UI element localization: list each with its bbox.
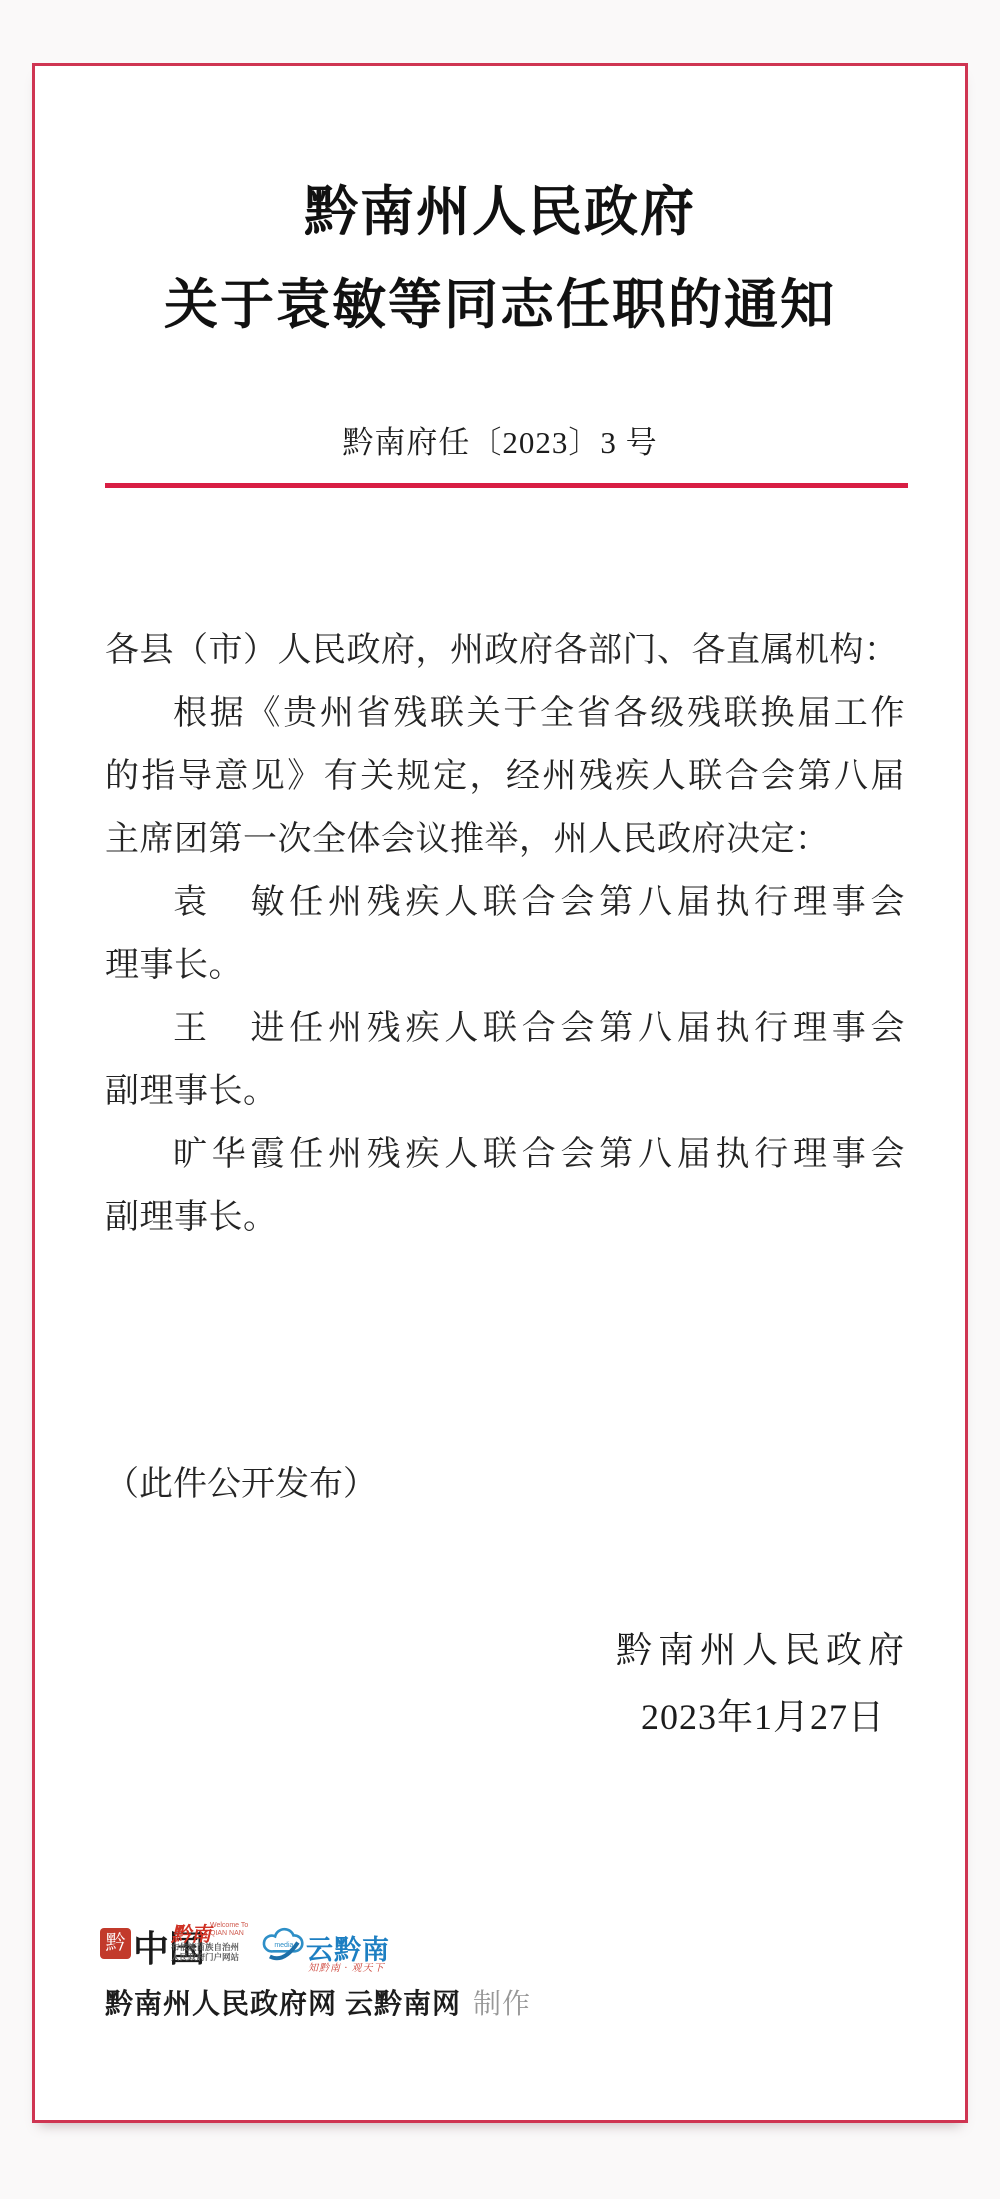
red-separator-rule xyxy=(105,483,908,488)
body-line: 理事长。 xyxy=(105,934,905,997)
document-title: 黔南州人民政府 关于袁敏等同志任职的通知 xyxy=(32,166,968,352)
logo-welcome-text: Welcome To QIAN NAN xyxy=(210,1922,248,1938)
body-line: 副理事长。 xyxy=(105,1060,905,1123)
body-line: 根据《贵州省残联关于全省各级残联换届工作 xyxy=(105,682,905,745)
seal-character: 黔 xyxy=(106,1932,126,1954)
document-number: 黔南府任〔2023〕3 号 xyxy=(32,423,968,463)
title-line-2: 关于袁敏等同志任职的通知 xyxy=(32,259,968,352)
body-line: 主席团第一次全体会议推举，州人民政府决定： xyxy=(105,808,905,871)
body-line: 旷华霞任州残疾人联合会第八届执行理事会 xyxy=(105,1123,905,1186)
issue-date: 2023年1月27日 xyxy=(608,1684,918,1751)
body-line: 副理事长。 xyxy=(105,1186,905,1249)
cloud-media-label: media xyxy=(274,1942,293,1949)
body-line: 袁 敏任州残疾人联合会第八届执行理事会 xyxy=(105,871,905,934)
china-red-seal-icon: 黔 xyxy=(100,1928,131,1959)
title-line-1: 黔南州人民政府 xyxy=(32,166,968,259)
signature-block: 黔南州人民政府 2023年1月27日 xyxy=(608,1617,918,1751)
cloud-media-icon: media xyxy=(262,1925,304,1967)
document-body: 各县（市）人民政府，州政府各部门、各直属机构： 根据《贵州省残联关于全省各级残联… xyxy=(105,619,905,1249)
public-release-note: （此件公开发布） xyxy=(105,1453,905,1516)
logo-portal-subtext: 布依族苗族自治州 人民政府门户网站 xyxy=(171,1942,239,1962)
credit-suffix: 制作 xyxy=(473,1989,531,2020)
issuer-signature: 黔南州人民政府 xyxy=(608,1617,918,1684)
qiannan-gov-portal-logo: 黔 中国 黔南 Welcome To QIAN NAN 布依族苗族自治州 人民政… xyxy=(100,1920,265,1980)
body-line: 的指导意见》有关规定，经州残疾人联合会第八届 xyxy=(105,745,905,808)
yun-qiannan-logo: media 云黔南 知黔南 · 观天下 xyxy=(262,1922,412,1980)
body-line: 各县（市）人民政府，州政府各部门、各直属机构： xyxy=(105,619,905,682)
yun-qiannan-tagline: 知黔南 · 观天下 xyxy=(308,1959,385,1974)
footer-credit: 黔南州人民政府网 云黔南网制作 xyxy=(105,1986,905,2024)
credit-sites: 黔南州人民政府网 云黔南网 xyxy=(105,1989,461,2020)
body-line: 王 进任州残疾人联合会第八届执行理事会 xyxy=(105,997,905,1060)
